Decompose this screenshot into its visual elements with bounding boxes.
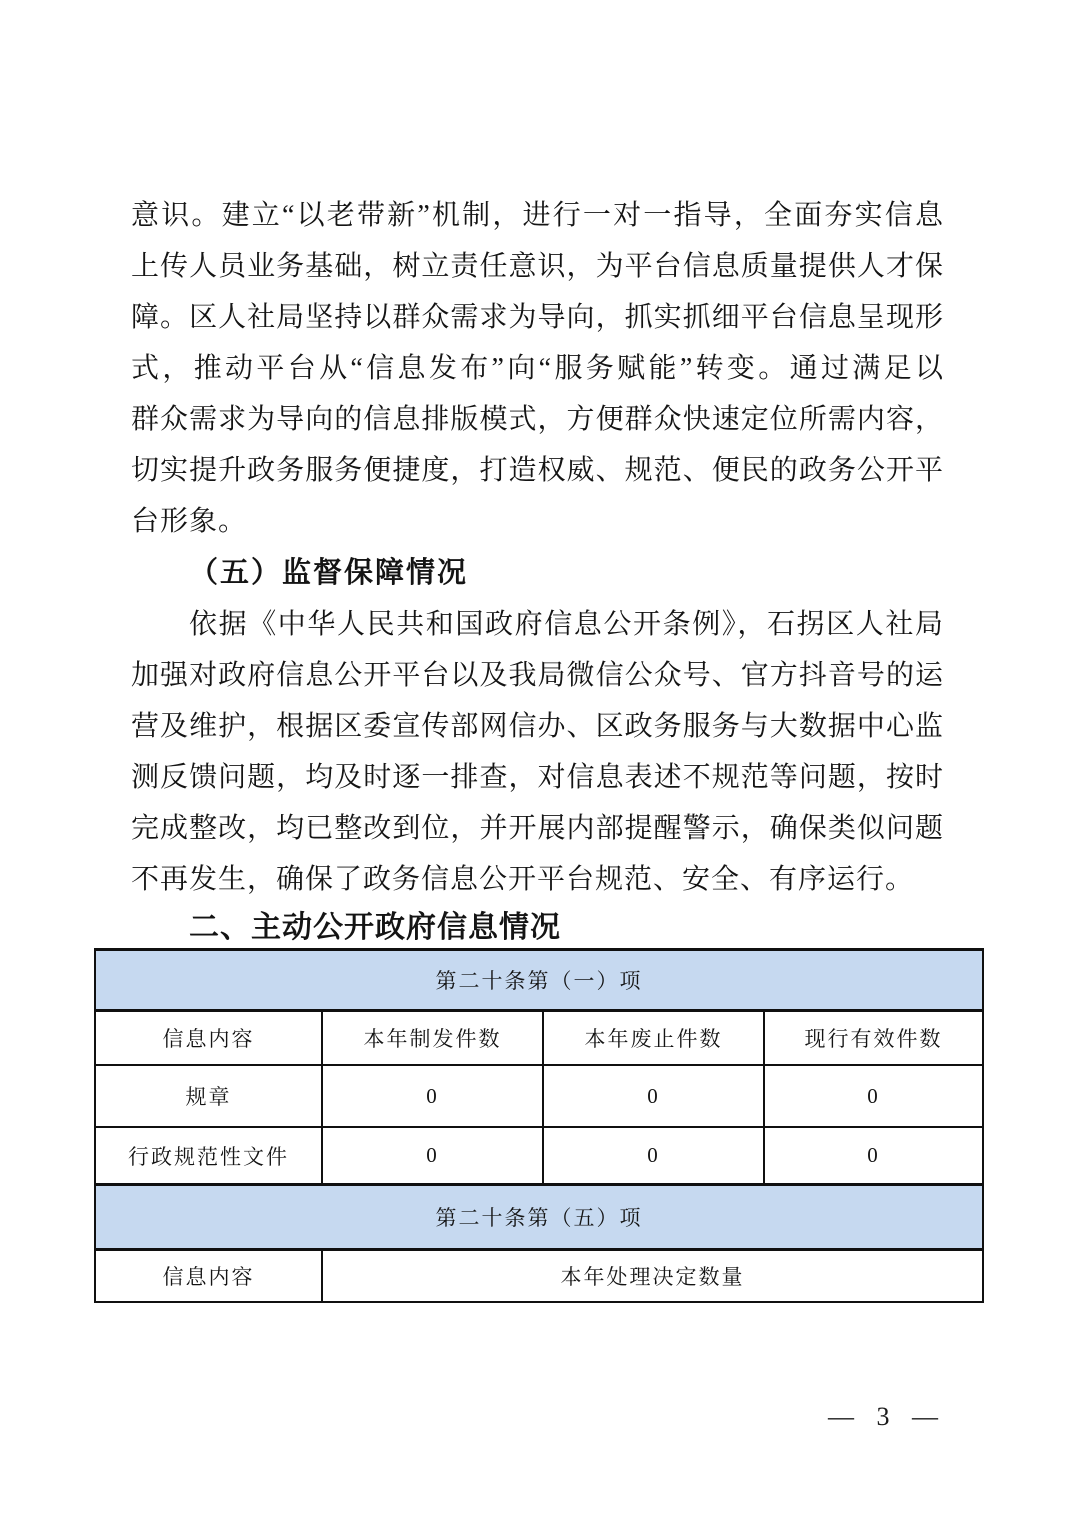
table-row-banner-article20-1: 第二十条第（一）项 <box>95 950 983 1011</box>
body-line: 群众需求为导向的信息排版模式，方便群众快速定位所需内容， <box>131 394 944 445</box>
col-header-info-content: 信息内容 <box>95 1011 322 1066</box>
cell-row-label: 规章 <box>95 1065 322 1127</box>
col-header-effective-count: 现行有效件数 <box>764 1011 983 1066</box>
body-line: 意识。建立“以老带新”机制，进行一对一指导，全面夯实信息 <box>131 190 944 241</box>
banner-article20-item1: 第二十条第（一）项 <box>95 950 983 1011</box>
heading-section2: 二、主动公开政府信息情况 <box>131 905 944 951</box>
cell-value: 0 <box>322 1065 543 1127</box>
cell-value: 0 <box>543 1127 764 1185</box>
body-line: 依据《中华人民共和国政府信息公开条例》，石拐区人社局 <box>131 599 944 650</box>
cell-row-label: 行政规范性文件 <box>95 1127 322 1185</box>
body-line: 式，推动平台从“信息发布”向“服务赋能”转变。通过满足以 <box>131 343 944 394</box>
table-row: 规章 0 0 0 <box>95 1065 983 1127</box>
disclosure-table-wrap: 第二十条第（一）项 信息内容 本年制发件数 本年废止件数 现行有效件数 规章 0… <box>94 948 982 1303</box>
body-line: 测反馈问题，均及时逐一排查，对信息表述不规范等问题，按时 <box>131 752 944 803</box>
heading-section5: （五）监督保障情况 <box>131 547 944 599</box>
cell-row-label: 信息内容 <box>95 1250 322 1303</box>
table-row-headers: 信息内容 本年制发件数 本年废止件数 现行有效件数 <box>95 1011 983 1066</box>
body-line: 不再发生，确保了政务信息公开平台规范、安全、有序运行。 <box>131 854 944 905</box>
cell-value: 0 <box>322 1127 543 1185</box>
disclosure-table: 第二十条第（一）项 信息内容 本年制发件数 本年废止件数 现行有效件数 规章 0… <box>94 948 984 1303</box>
table-row: 信息内容 本年处理决定数量 <box>95 1250 983 1303</box>
col-header-repealed-count: 本年废止件数 <box>543 1011 764 1066</box>
col-header-issued-count: 本年制发件数 <box>322 1011 543 1066</box>
document-page: 意识。建立“以老带新”机制，进行一对一指导，全面夯实信息 上传人员业务基础，树立… <box>0 0 1074 1520</box>
table-row-banner-article20-5: 第二十条第（五）项 <box>95 1185 983 1250</box>
body-text: 意识。建立“以老带新”机制，进行一对一指导，全面夯实信息 上传人员业务基础，树立… <box>131 190 944 951</box>
banner-article20-item5: 第二十条第（五）项 <box>95 1185 983 1250</box>
body-line: 台形象。 <box>131 496 944 547</box>
body-line: 障。区人社局坚持以群众需求为导向，抓实抓细平台信息呈现形 <box>131 292 944 343</box>
cell-value: 0 <box>764 1065 983 1127</box>
body-line: 完成整改，均已整改到位，并开展内部提醒警示，确保类似问题 <box>131 803 944 854</box>
body-line: 营及维护，根据区委宣传部网信办、区政务服务与大数据中心监 <box>131 701 944 752</box>
page-number: — 3 — <box>828 1402 940 1432</box>
table-row: 行政规范性文件 0 0 0 <box>95 1127 983 1185</box>
body-line: 加强对政府信息公开平台以及我局微信公众号、官方抖音号的运 <box>131 650 944 701</box>
body-line: 切实提升政务服务便捷度，打造权威、规范、便民的政务公开平 <box>131 445 944 496</box>
body-line: 上传人员业务基础，树立责任意识，为平台信息质量提供人才保 <box>131 241 944 292</box>
cell-value: 0 <box>764 1127 983 1185</box>
cell-value: 0 <box>543 1065 764 1127</box>
cell-decisions-header: 本年处理决定数量 <box>322 1250 983 1303</box>
